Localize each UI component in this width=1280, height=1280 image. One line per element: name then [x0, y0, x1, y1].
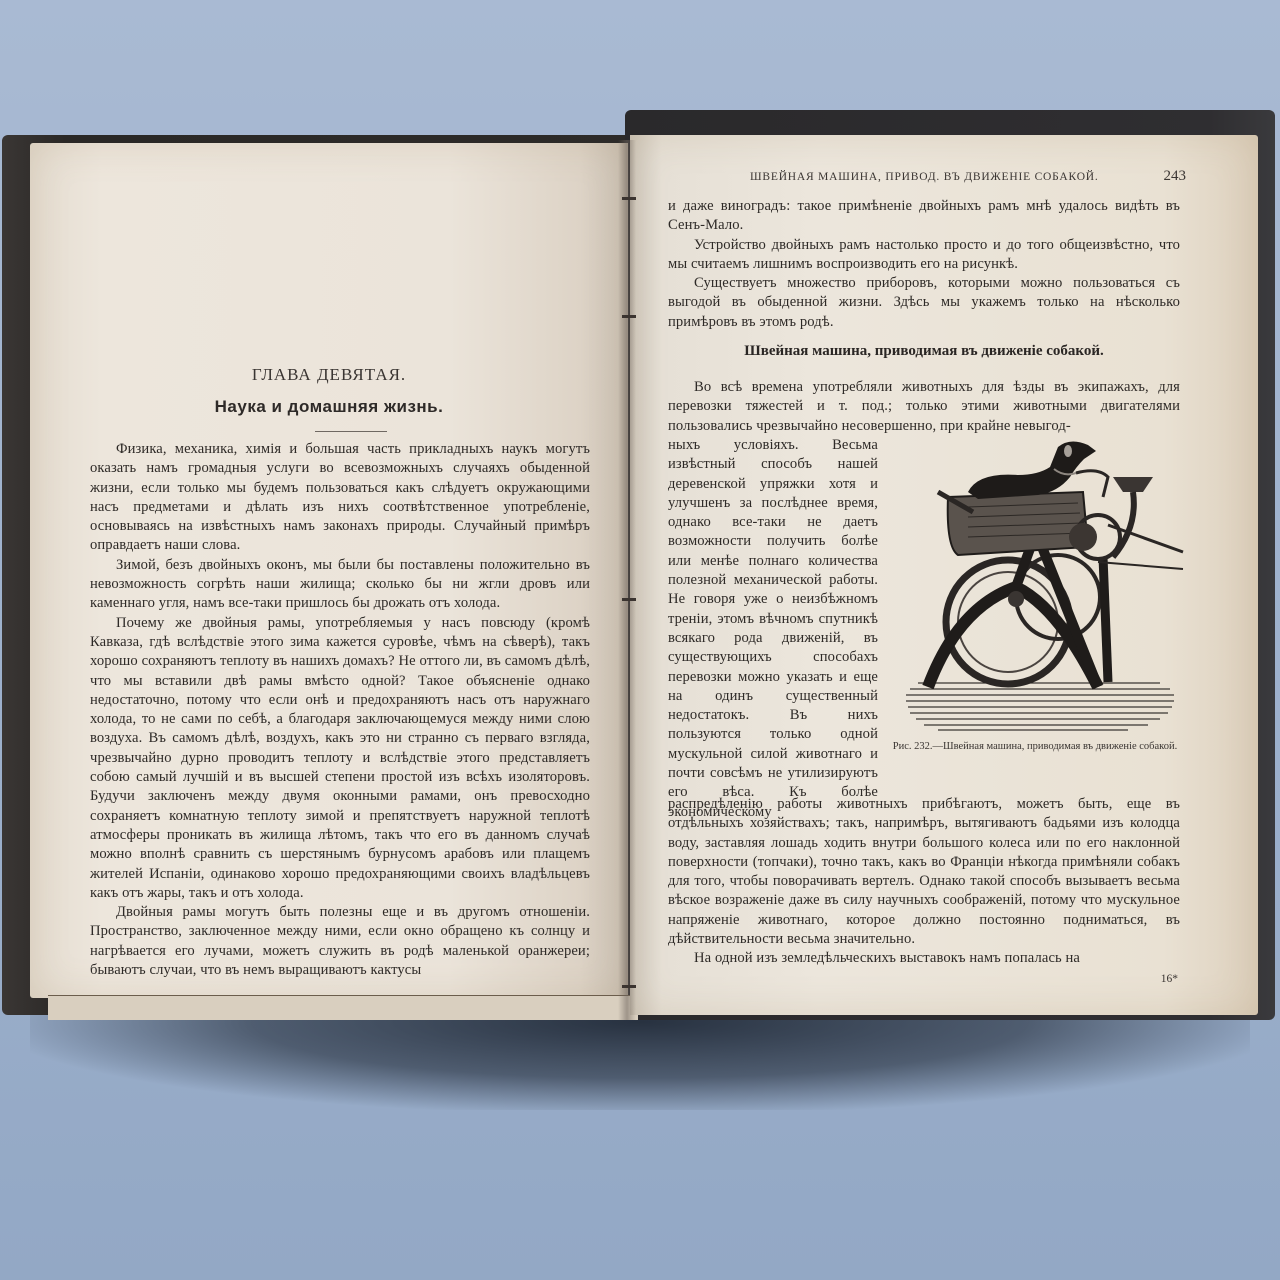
paragraph: Зимой, безъ двойныхъ оконъ, мы были бы п…: [90, 556, 590, 614]
chapter-number: ГЛАВА ДЕВЯТАЯ.: [30, 365, 628, 385]
running-head: ШВЕЙНАЯ МАШИНА, ПРИВОД. ВЪ ДВИЖЕНІЕ СОБА…: [750, 171, 1099, 183]
paragraph: ныхъ условіяхъ. Весьма извѣстный способъ…: [668, 436, 878, 822]
signature-mark: 16*: [1161, 973, 1178, 985]
paragraph: На одной изъ земледѣльческихъ выставокъ …: [668, 949, 1180, 968]
left-page-body: Физика, механика, химія и большая часть …: [90, 440, 590, 980]
binding-stitch: [622, 985, 636, 988]
title-rule: [315, 431, 387, 432]
binding-stitch: [622, 598, 636, 601]
paragraph: Во всѣ времена употребляли животныхъ для…: [668, 378, 1180, 436]
paragraph: распредѣленію работы животныхъ прибѣгают…: [668, 795, 1180, 949]
figure-caption: Рис. 232.—Швейная машина, приводимая въ …: [875, 740, 1195, 754]
right-page-bottom-text: распредѣленію работы животныхъ прибѣгают…: [668, 795, 1180, 969]
paragraph: Существуетъ множество приборовъ, которым…: [668, 274, 1180, 332]
book-gutter: [618, 140, 636, 1020]
chapter-title: Наука и домашняя жизнь.: [30, 397, 628, 417]
right-page-top-text: и даже виноградъ: такое примѣненіе двойн…: [668, 197, 1180, 332]
binding-stitch: [622, 315, 636, 318]
paragraph: Физика, механика, химія и большая часть …: [90, 440, 590, 556]
paragraph: Почему же двойныя рамы, употребляемыя у …: [90, 614, 590, 903]
paragraph: Устройство двойныхъ рамъ настолько прост…: [668, 236, 1180, 275]
section-title: Швейная машина, приводимая въ движеніе с…: [668, 343, 1180, 360]
paragraph: Двойныя рамы могутъ быть полезны еще и в…: [90, 903, 590, 980]
page-edges: [48, 995, 638, 1020]
paragraph: и даже виноградъ: такое примѣненіе двойн…: [668, 197, 1180, 236]
left-page: ГЛАВА ДЕВЯТАЯ. Наука и домашняя жизнь. Ф…: [30, 143, 628, 998]
intro-paragraph: Во всѣ времена употребляли животныхъ для…: [668, 378, 1180, 436]
narrow-column-text: ныхъ условіяхъ. Весьма извѣстный способъ…: [668, 436, 878, 822]
dog-sewing-machine-illustration-icon: [898, 437, 1188, 737]
page-number: 243: [1164, 168, 1187, 185]
binding-stitch: [622, 197, 636, 200]
right-page: ШВЕЙНАЯ МАШИНА, ПРИВОД. ВЪ ДВИЖЕНІЕ СОБА…: [630, 135, 1258, 1015]
